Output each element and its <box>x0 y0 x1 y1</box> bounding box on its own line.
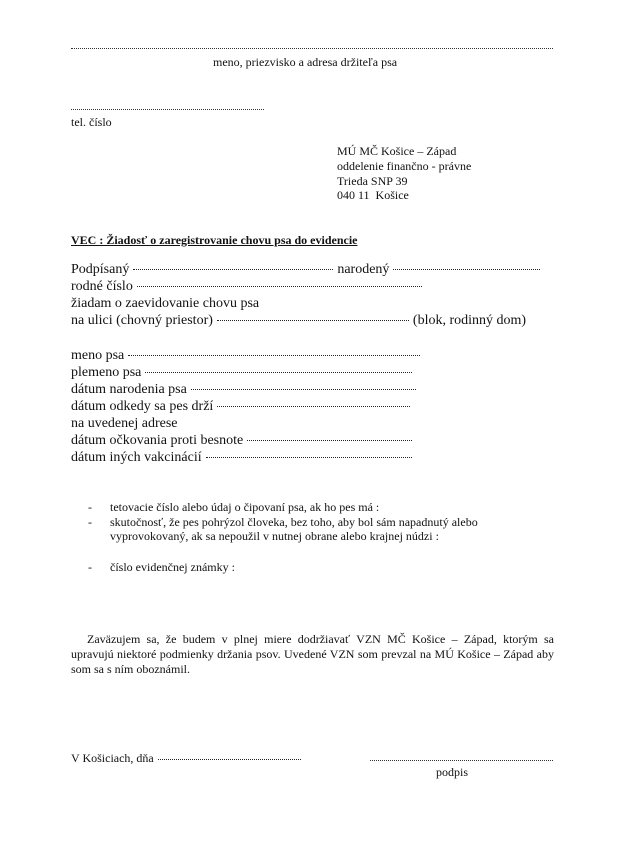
holder-caption: meno, priezvisko a adresa držiteľa psa <box>213 55 397 70</box>
kept-since-label-2: na uvedenej adrese <box>71 416 178 433</box>
signed-name-field[interactable] <box>133 269 333 270</box>
place-date-row: V Košiciach, dňa <box>71 751 301 766</box>
request-text: žiadam o zaevidovanie chovu psa <box>71 296 259 313</box>
dog-name-field[interactable] <box>128 355 420 356</box>
bullet-text: skutočnosť, že pes pohrýzol človeka, bez… <box>110 515 530 544</box>
recipient-line: Trieda SNP 39 <box>337 174 471 189</box>
phone-dotted-line[interactable] <box>71 109 264 110</box>
row-kept-since: dátum odkedy sa pes drží <box>71 399 410 416</box>
row-kept-since-2: na uvedenej adrese <box>71 416 178 433</box>
list-item: - číslo evidenčnej známky : <box>88 560 530 575</box>
bullet-text: tetovacie číslo alebo údaj o čipovaní ps… <box>110 500 530 515</box>
bullet-dash: - <box>88 500 110 515</box>
row-signed: Podpísaný narodený <box>71 262 540 279</box>
dog-name-label: meno psa <box>71 348 124 365</box>
subject-heading: VEC : Žiadosť o zaregistrovanie chovu ps… <box>71 233 357 248</box>
recipient-line: 040 11 Košice <box>337 188 471 203</box>
dog-breed-label: plemeno psa <box>71 365 141 382</box>
row-dog-breed: plemeno psa <box>71 365 412 382</box>
row-birth-number: rodné číslo <box>71 279 422 296</box>
other-vacc-field[interactable] <box>206 457 412 458</box>
born-field[interactable] <box>393 269 540 270</box>
street-suffix: (blok, rodinný dom) <box>413 313 526 330</box>
dog-birth-date-field[interactable] <box>191 389 416 390</box>
kept-since-field[interactable] <box>217 406 410 407</box>
recipient-address: MÚ MČ Košice – Západ oddelenie finančno … <box>337 144 471 203</box>
born-label: narodený <box>337 262 389 279</box>
kept-since-label: dátum odkedy sa pes drží <box>71 399 213 416</box>
rabies-label: dátum očkovania proti besnote <box>71 433 243 450</box>
street-label: na ulici (chovný priestor) <box>71 313 213 330</box>
row-rabies: dátum očkovania proti besnote <box>71 433 412 450</box>
signed-label: Podpísaný <box>71 262 129 279</box>
dog-breed-field[interactable] <box>145 372 412 373</box>
info-bullet-list: - tetovacie číslo alebo údaj o čipovaní … <box>88 500 530 574</box>
list-item: - tetovacie číslo alebo údaj o čipovaní … <box>88 500 530 515</box>
bullet-text: číslo evidenčnej známky : <box>110 560 530 575</box>
phone-caption: tel. číslo <box>71 115 112 130</box>
date-field[interactable] <box>158 759 301 760</box>
rabies-date-field[interactable] <box>247 440 412 441</box>
dog-birth-date-label: dátum narodenia psa <box>71 382 187 399</box>
row-dog-birth: dátum narodenia psa <box>71 382 416 399</box>
holder-dotted-line[interactable] <box>71 48 553 49</box>
commitment-paragraph: Zaväzujem sa, že budem v plnej miere dod… <box>71 632 554 677</box>
bullet-dash: - <box>88 515 110 544</box>
signature-caption: podpis <box>436 765 468 780</box>
signature-dotted-line[interactable] <box>370 760 553 761</box>
recipient-line: oddelenie finančno - právne <box>337 159 471 174</box>
bullet-dash: - <box>88 560 110 575</box>
birth-number-label: rodné číslo <box>71 279 133 296</box>
row-street: na ulici (chovný priestor) (blok, rodinn… <box>71 313 526 330</box>
birth-number-field[interactable] <box>137 286 422 287</box>
street-field[interactable] <box>217 320 409 321</box>
list-item: - skutočnosť, že pes pohrýzol človeka, b… <box>88 515 530 544</box>
row-dog-name: meno psa <box>71 348 420 365</box>
other-vacc-label: dátum iných vakcinácií <box>71 450 202 467</box>
row-request: žiadam o zaevidovanie chovu psa <box>71 296 259 313</box>
place-date-label: V Košiciach, dňa <box>71 751 154 766</box>
recipient-line: MÚ MČ Košice – Západ <box>337 144 471 159</box>
row-other-vacc: dátum iných vakcinácií <box>71 450 412 467</box>
